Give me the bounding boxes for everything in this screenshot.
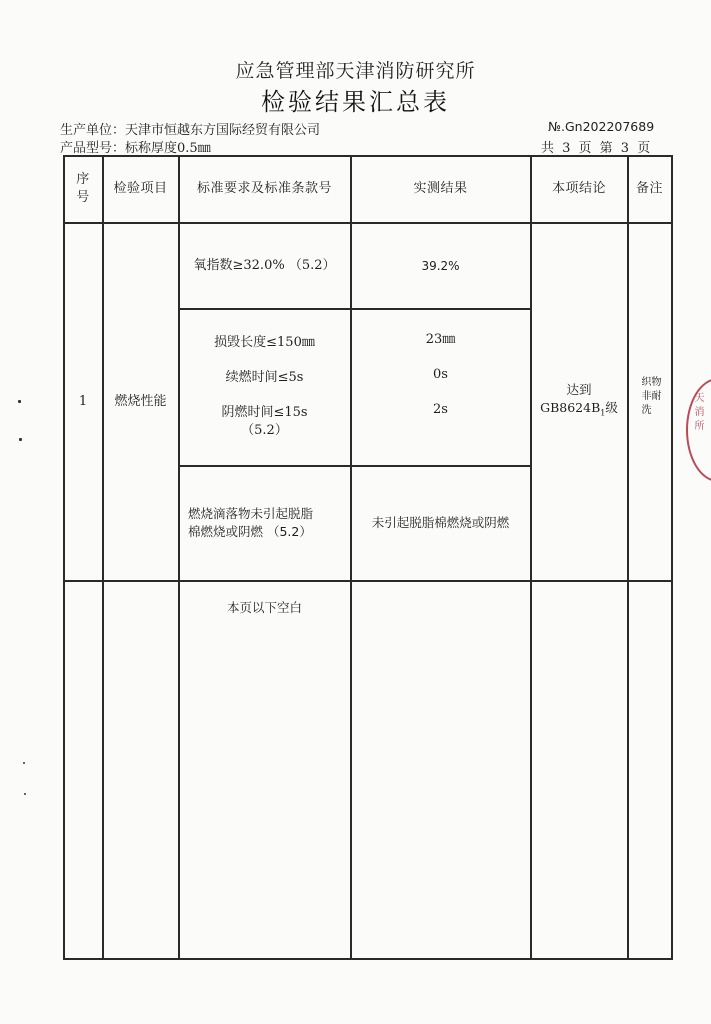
producer-label: 生产单位： bbox=[60, 123, 125, 138]
remarks-line3: 洗 bbox=[642, 404, 662, 418]
requirement-oxygen-index: 氧指数≥32.0% （5.2） bbox=[179, 223, 350, 308]
row-index: 1 bbox=[64, 223, 102, 580]
organization-name: 应急管理部天津消防研究所 bbox=[0, 56, 711, 83]
result-oxygen-index: 39.2% bbox=[351, 223, 530, 308]
column-header-remarks: 备注 bbox=[628, 156, 671, 222]
requirement-damaged-length: 损毁长度≤150㎜ bbox=[214, 334, 315, 352]
column-header-item: 检验项目 bbox=[103, 156, 178, 222]
seal-text: 天消所 bbox=[690, 392, 705, 434]
column-header-index: 序号 bbox=[64, 156, 102, 222]
remarks-line2: 非耐 bbox=[642, 390, 662, 404]
scan-speck bbox=[18, 400, 21, 403]
remarks-line1: 织物 bbox=[642, 376, 662, 390]
conclusion-line2: GB8624B1级 bbox=[540, 399, 618, 423]
row-divider bbox=[63, 580, 672, 582]
result-flame-spread: 23㎜ 0s 2s bbox=[351, 309, 530, 465]
model-label: 产品型号： bbox=[60, 141, 125, 156]
table-border-right bbox=[671, 155, 673, 960]
conclusion-suffix: 级 bbox=[605, 400, 618, 415]
scan-speck bbox=[24, 793, 26, 795]
result-damaged-length: 23㎜ bbox=[426, 331, 456, 349]
result-afterflame-time: 0s bbox=[433, 366, 448, 384]
conclusion-line1: 达到 bbox=[566, 381, 591, 399]
producer-line: 生产单位：天津市恒越东方国际经贸有限公司 bbox=[60, 119, 320, 138]
requirement-dripping-line2: 棉燃烧或阴燃 （5.2） bbox=[188, 523, 312, 541]
requirement-flame-spread: 损毁长度≤150㎜ 续燃时间≤5s 阴燃时间≤15s （5.2） bbox=[179, 309, 350, 465]
requirement-afterglow-time: 阴燃时间≤15s bbox=[221, 404, 307, 422]
document-title: 检验结果汇总表 bbox=[0, 82, 711, 117]
scan-speck bbox=[23, 762, 25, 764]
requirement-clause: （5.2） bbox=[241, 422, 288, 440]
requirement-dripping-line1: 燃烧滴落物未引起脱脂 bbox=[188, 505, 313, 523]
result-dripping: 未引起脱脂棉燃烧或阴燃 bbox=[351, 466, 530, 580]
report-number: №.Gn202207689 bbox=[548, 119, 654, 134]
producer-value: 天津市恒越东方国际经贸有限公司 bbox=[125, 123, 320, 138]
column-header-conclusion: 本项结论 bbox=[531, 156, 627, 222]
requirement-dripping: 燃烧滴落物未引起脱脂 棉燃烧或阴燃 （5.2） bbox=[179, 466, 350, 580]
blank-below-note: 本页以下空白 bbox=[179, 595, 350, 621]
page-indicator: 共 3 页 第 3 页 bbox=[541, 137, 652, 156]
model-value: 标称厚度0.5㎜ bbox=[125, 141, 211, 156]
result-afterglow-time: 2s bbox=[433, 401, 448, 419]
conclusion-standard: GB8624B bbox=[540, 400, 600, 415]
inspection-item: 燃烧性能 bbox=[103, 223, 178, 580]
conclusion: 达到 GB8624B1级 bbox=[531, 223, 627, 580]
requirement-afterflame-time: 续燃时间≤5s bbox=[226, 369, 304, 387]
table-border-bottom bbox=[63, 958, 672, 960]
model-line: 产品型号：标称厚度0.5㎜ bbox=[60, 137, 211, 156]
scan-speck bbox=[19, 438, 22, 441]
column-header-result: 实测结果 bbox=[351, 156, 530, 222]
column-header-requirement: 标准要求及标准条款号 bbox=[179, 156, 350, 222]
column-header-index-label: 序号 bbox=[76, 171, 90, 207]
remarks: 织物 非耐 洗 bbox=[628, 223, 671, 580]
